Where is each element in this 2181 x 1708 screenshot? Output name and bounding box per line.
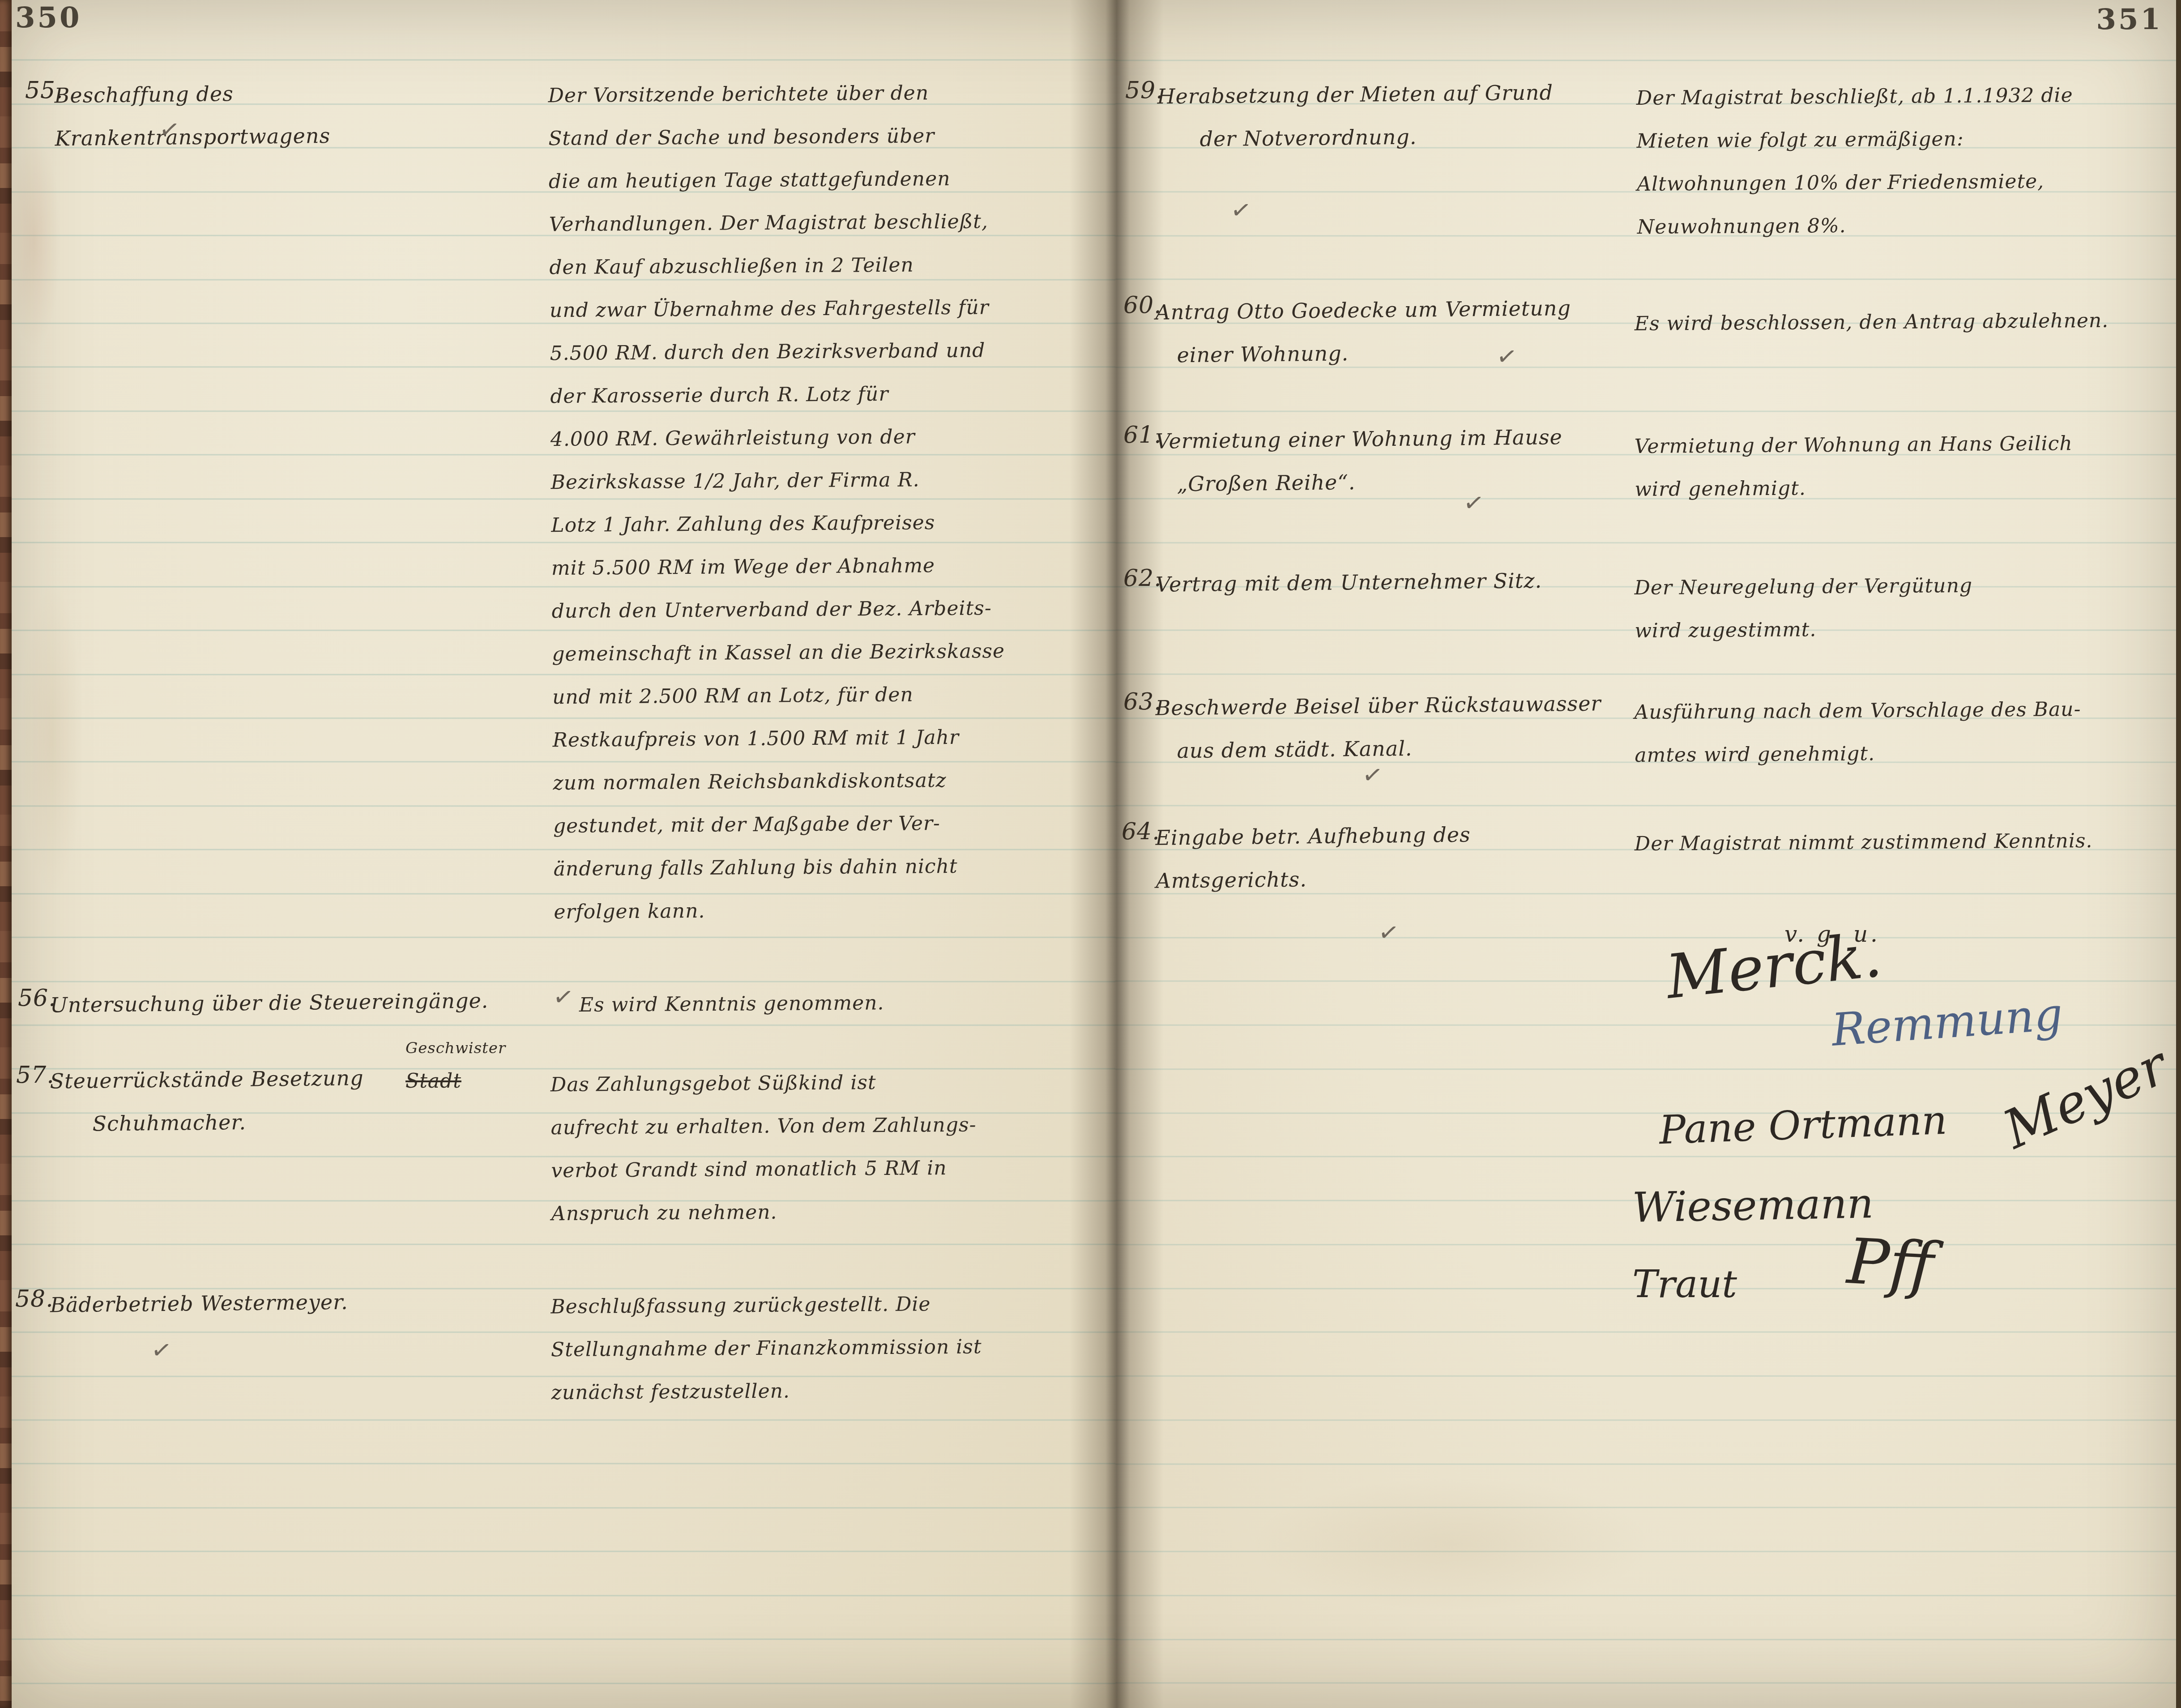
entry-57-response: Das Zahlungsgebot Süßkind ist aufrecht z… (551, 1060, 1084, 1235)
entry-56-response: Es wird Kenntnis genommen. (579, 980, 1085, 1027)
signature-meyer: Meyer (1994, 1034, 2177, 1161)
entry-55-heading: Beschaffung des Krankentransportwagens (54, 69, 516, 160)
crossed-out-word: Stadt (405, 1070, 461, 1093)
signature-remmung: Remmung (1830, 988, 2065, 1056)
page-number-left: 350 (15, 1, 82, 34)
entry-63-response: Ausführung nach dem Vorschlage des Bau- … (1634, 687, 2158, 777)
paper-stain (1250, 1477, 1652, 1611)
pencil-checkmark: ✓ (1229, 195, 1254, 226)
entry-57-heading: Steuerrückstände Besetzung Schuhmacher. (50, 1055, 525, 1145)
pencil-checkmark: ✓ (1461, 487, 1486, 518)
pencil-checkmark: ✓ (149, 1335, 174, 1366)
entry-59-heading: Herabsetzung der Mieten auf Grund der No… (1157, 70, 1637, 161)
entry-57-number: 57. (16, 1062, 55, 1089)
binding-edge (0, 0, 12, 1708)
entry-56-heading: Untersuchung über die Steuereingänge. (50, 978, 525, 1026)
entry-60-response: Es wird beschlossen, den Antrag abzulehn… (1635, 299, 2159, 346)
pencil-checkmark: ✓ (551, 982, 576, 1012)
entry-61-response: Vermietung der Wohnung an Hans Geilich w… (1634, 422, 2158, 511)
signature-traut: Traut (1632, 1262, 1737, 1306)
page-left: 350 55. Beschaffung des Krankentransport… (12, 0, 1115, 1708)
entry-62-heading: Vertrag mit dem Unternehmer Sitz. (1156, 558, 1653, 606)
signature-merck: Merck. (1663, 920, 1885, 1012)
signature-ortmann: Pane Ortmann (1658, 1097, 1948, 1153)
page-right: 351 59. Herabsetzung der Mieten auf Grun… (1115, 0, 2176, 1708)
entry-58-response: Beschlußfassung zurückgestellt. Die Stel… (551, 1282, 1084, 1414)
paper-stain (21, 582, 83, 895)
entry-59-response: Der Magistrat beschließt, ab 1.1.1932 di… (1636, 73, 2157, 249)
entry-60-heading: Antrag Otto Goedecke um Vermietung einer… (1155, 286, 1644, 376)
entry-64-heading: Eingabe betr. Aufhebung des Amtsgerichts… (1155, 811, 1653, 902)
entry-58-number: 58. (15, 1285, 54, 1312)
entry-62-response: Der Neuregelung der Vergütung wird zuges… (1634, 563, 2158, 653)
entry-64-number: 64. (1122, 818, 1160, 845)
pencil-checkmark: ✓ (1376, 917, 1401, 948)
entry-63-heading: Beschwerde Beisel über Rückstauwasser au… (1155, 681, 1653, 773)
inserted-word: Geschwister (405, 1039, 506, 1057)
signature-monogram: Pff (1845, 1225, 1936, 1302)
pencil-checkmark: ✓ (157, 114, 182, 145)
entry-58-heading: Bäderbetrieb Westermeyer. (50, 1278, 525, 1326)
entry-61-heading: Vermietung einer Wohnung im Hause „Große… (1155, 414, 1644, 505)
page-number-right: 351 (2096, 3, 2163, 36)
pencil-checkmark: ✓ (1494, 341, 1519, 372)
scanned-ledger-spread: { "meta": { "check_glyph": "✓" }, "color… (0, 0, 2181, 1708)
paper-stain (7, 134, 61, 349)
pencil-checkmark: ✓ (1360, 760, 1385, 790)
signature-wiesemann: Wiesemann (1632, 1179, 1874, 1231)
entry-55-response: Der Vorsitzende berichtete über den Stan… (548, 71, 1086, 934)
entry-64-response: Der Magistrat nimmt zustimmend Kenntnis. (1635, 819, 2159, 866)
